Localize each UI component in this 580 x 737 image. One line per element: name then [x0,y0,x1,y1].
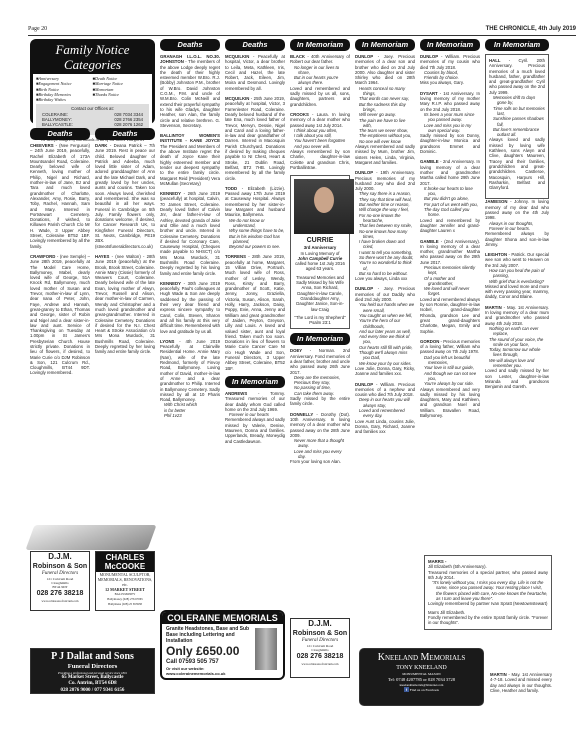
verse-line: We will always love and remember you. [485,358,549,369]
notice-name: DUNLOP [355,170,373,175]
djm2-phone: 028 276 38218 [291,652,349,661]
notice: GAMBLE - 2nd Anniversary. In loving memo… [420,159,480,233]
verse-line: You haven't been forgotten [290,138,350,143]
marrs-notice: MARRS - Jill Elizabeth (5th Anniversary)… [424,555,552,630]
notice-closing: Loved and sadly missed by her son Lester… [485,368,549,389]
category-item: Thanks Notice [93,92,150,97]
notice-name: LYONS [160,339,174,344]
notice-text: - Elizabeth (Lizzie). Passed away 17th J… [225,186,285,217]
mccooke-ad: CHARLESMcCOOKE MONUMENTAL SCULPTOR, MEMO… [95,551,155,611]
verse-line: But in his wisdom God has planned, [225,234,285,245]
verse-line: They say there is a reason, [355,191,415,196]
section-header-memoriam: In Memoriam [355,39,415,51]
verse-line: Never more that a thought away. [290,438,350,449]
verse-line: Sunshine passes shadows fall, [489,116,545,127]
notice-name: MARTIN [485,305,502,310]
marrs-l3: Lovingly remembered by partner Ivan Spra… [428,601,548,606]
verse-line: You're the hero of our childhoods, [355,318,415,329]
verse-line: How can you heal the pain of passing, [485,268,549,279]
notice-name: CHEEVERS [30,143,54,148]
verse-line: Beyond our powers to see. [225,244,285,249]
notice-name: MCQUILKIN [225,54,249,59]
verse-line: Phil 1v23 [160,413,220,418]
verse-line: I have broken down and cried, [355,239,415,250]
verse-line: No-one knows how many times, [355,229,415,240]
notice-text: - 28th June 2019, peacefully at home, Ma… [225,254,285,370]
coleraine-memorials-ad: COLERAINE MEMORIALS Granite Headstones, … [160,610,285,680]
djm-phone: 028 276 38218 [31,589,89,598]
notice-name: DUNLOP [420,54,438,59]
section-header-deaths: Deaths [95,128,155,140]
notice-closing: Remembered always by daughter Shona and … [485,231,549,247]
notice: MCQUILKIN - 25th June 2019, peacefully a… [225,96,285,181]
memoriam-column-8: In MemoriamHALL - Cyril. 20th Anniversar… [485,39,549,395]
verse-line: Love and miss you every day. [290,449,350,460]
notice-closing: Loved and remembered by daughter Jennife… [420,218,480,234]
marrs-l5: Fondly remembered by the entire Spratt f… [428,615,548,626]
notice: KENNEDY - 30th June 2019 peacefully. Pau… [160,281,220,334]
verse-line: Precious memories silently kept, [420,265,480,276]
djm-robinson-ad-2: D.J.M. Robinson & Son Funeral Directors … [290,618,350,678]
page-header: Page 20 THE CHRONICLE, 4th July 2019 [28,26,576,36]
notice-closing: Remembered always and sadly missed by Va… [225,417,285,443]
notice: DARK - Deana Patrick – 7th June 2019. Re… [95,143,155,249]
notice-closing: Miss you always, Gary. [420,80,480,85]
mccooke-l2: McCOOKE [97,562,153,571]
notice: TORRENS - 28th June 2019, peacefully at … [225,254,285,371]
notice-name: DUNLOP [355,54,373,59]
section-header-memoriam: In Memoriam [225,376,285,388]
marrs-verse: "It's lonely without you, I miss you eve… [428,580,548,601]
verse-line: For no-one knows the heartache, [355,213,415,224]
notice-text: - (Nee Ferguson) – 24th June 2019, peace… [30,143,90,249]
notice: JAMIESON - Johnny. In loving memory of m… [485,199,549,247]
verse-line: Dad you left us beautiful memories, [420,355,480,366]
categories-title: Family Notice Categories [33,42,152,72]
verse-line: The sound of your voice, the smile on yo… [485,337,549,348]
verse-line: Of a mother and grandmother, [420,276,480,287]
verse-line: You're so wonderful to think of, [355,260,415,271]
notice-name: GORDON [420,339,439,344]
verse-line: Time rolls on but memories last, [489,106,545,117]
verse-line: Nothing on earth can ever replace, [485,326,549,337]
notice-name: DUNLOP [355,286,373,291]
verse-line: That words can never say, [355,96,415,101]
categories-list: AnniversaryDeath NoticeEngagement Notice… [36,76,149,102]
notice-name: JAMIESON [485,199,507,204]
verse-line: Memories drift to days gone by, [489,95,545,106]
memoriam-column-7: In MemoriamDUNLOP - William. Precious me… [420,39,480,423]
facebook-icon: f [404,687,409,692]
notice-name: HAYES [95,254,109,259]
notice-closing: Love Aunt Linda, cousins Julie, Donna, G… [355,419,415,435]
currie-photo-notice: CURRIE 3rd Anniversary In Loving Memory … [290,175,350,329]
deaths-column-4: DeathsMCQUILKIN - Peacefully at hospital… [225,39,285,449]
notice-closing: Sadly missed by the entire family circle… [290,396,350,407]
notice-name: LEIGHTON [485,252,507,257]
notice-name: CRAWFORD [30,254,55,259]
notice: DUNLOP - William. Precious memories of m… [420,54,480,86]
verse-line: We do not know or understand, [225,218,285,229]
verse-line: Loved and remembered every day. [355,408,415,419]
verse-line: Love and miss you in my own special way. [420,123,480,134]
kneeland-l2: TONY KNEELAND [360,664,483,672]
notice-name: ANDREWS [225,391,247,396]
dallat-l6: 028 2076 9000 / 077 9341 6156 [31,687,154,694]
currie-l4: Treasured Memories and Sadly Missed by h… [294,275,346,312]
notice: MARTIN - May. 1st Anniversary. In loving… [485,305,549,390]
notice-closing: Always remembered and sadly missed by Mu… [355,144,415,165]
notice: CROOKS - Laura. In loving memory of a de… [290,112,350,170]
verse-line: That lies between my smile, [355,223,415,228]
notice-name: GAMBLE [420,239,439,244]
notice-closing: From your loving son Alan. [290,459,350,464]
bible-illustration [25,525,156,550]
notice-name: CROOKS [290,112,309,117]
notice-name: DARK [95,143,107,148]
notice-text: - Joey. Precious memories of a dear son … [355,54,415,85]
verse-line: We loved and will never forget. [420,286,480,297]
notice: HAYES - (nee Walton) - 28th June 2019 (p… [95,254,155,355]
dallat-l2: Funeral Directors [31,663,154,671]
notice-name: BALLINTOY WOMEN'S INSTITUTE - KANE JOYCE [160,133,220,143]
notice-name: DYSART [420,91,438,96]
notice-closing: Always loved and sadly missed by loving … [489,137,545,190]
notice: DUNLOP - William. Precious memories of a… [355,382,415,435]
currie-name: CURRIE [294,237,346,245]
facebook-link: f Find us on Facebook [360,687,483,693]
verse-line: And every time we think of you, [355,334,415,345]
notice: MCQUILKIN - Peacefully at hospital, Vict… [225,54,285,91]
notice-name: MCQUILKIN [225,96,249,101]
verse-line: Hearts conceal so many things, [355,86,415,97]
notice-text: - 25th June 2019, peacefully at hospital… [225,96,285,180]
category-item: Birthday Wishes [36,97,93,102]
notice-text: The President and Members of the above I… [160,144,220,186]
verse-line: The day God called you home. [420,207,480,218]
djm2-l1: D.J.M. [291,619,349,629]
notice: TODD - Elizabeth (Lizzie). Passed away 1… [225,186,285,250]
deaths-column-3: DeathsGRANAGH I.L.O.L. NO.30. JOHNSTON -… [160,39,220,423]
verse-line: You're always by our side. [420,381,480,386]
notice: DONNELLY - Dorothy (Dot). 10th Anniversa… [290,412,350,465]
section-header-memoriam: In Memoriam [290,39,350,51]
verse-line: Today, tomorrow our whole lives through, [485,347,549,358]
notice: ANDREWS - Tommy. Treasured memories of o… [225,391,285,444]
notice: LYONS - 4th June 2019 Peacefully at Clai… [160,339,220,418]
notice-text: - 30th June 2019 peacefully. Paul's coll… [160,281,220,334]
notice-name: TORRENS [225,254,246,259]
section-header-memoriam: In Memoriam [290,333,350,345]
notice: DUNLOP - 19th Anniversary. Precious memo… [355,170,415,281]
verse-line: The emptiness without you, [355,133,415,138]
notice-closing: Love Julie, Donna, Gary, Ricky, Joanne a… [355,366,415,377]
notice-name: BLACK [290,54,305,59]
verse-line: No longer in our lives to share, [290,65,350,76]
notice: GRANAGH I.L.O.L. NO.30. JOHNSTON - The m… [160,54,220,128]
notice: GAMBLE - (2nd Anniversary). In loving me… [420,239,480,334]
notice-text: - (nee Walton) - 28th June 2019 (peacefu… [95,254,155,354]
verse-line: But in our hearts you're always there. [290,75,350,86]
notice-name: KENNEDY [160,191,181,196]
verse-line: But the sadness this day brings, [355,102,415,113]
verse-line: Will change the way I feel, [355,207,415,212]
martin2-name: MARTIN [490,672,507,677]
deaths-column-2: DeathsDARK - Deana Patrick – 7th June 20… [95,128,155,360]
notice-text: - 4th June 2019 Peacefully at Clainville… [160,339,220,402]
pj-dallat-ad: P J Dallat and Sons Funeral Directors Pr… [30,648,155,694]
verse-line: The pain we have to live with, [355,118,415,129]
memoriam-column-6: In MemoriamDUNLOP - Joey. Precious memor… [355,39,415,439]
notice: KENNEDY - 26th June 2019 (peacefully) at… [160,191,220,276]
verse-line: It broke our hearts to lose you, [420,186,480,197]
section-header-deaths: Deaths [160,39,220,51]
marrs-l2: Treasured memories of a special partner,… [428,570,548,581]
page-number: Page 20 [28,26,47,32]
notice-closing: Always remembered by son Charlie, daught… [290,149,350,170]
djm-l2: Robinson & Son [31,562,89,571]
deaths-column-1: DeathsCHEEVERS - (Nee Ferguson) – 24th J… [30,128,90,381]
currie-l5: "The Lord is my Shepherd" Psalm 23:1 [294,315,346,326]
notice: HALL - Cyril. 20th Anniversary. Precious… [489,58,545,190]
notice: BLACK - 40th Anniversary of Robert our d… [290,54,350,107]
notice-text: - Cyril. 20th Anniversary. Precious memo… [489,58,545,95]
notice-name: DONNELLY [290,412,313,417]
martin-notice-2: MARTIN - May. 1st Anniversary 4-7-18. Lo… [490,672,552,693]
publication-title: THE CHRONICLE, 4th July 2019 [486,26,576,32]
memoriam-column-5: In MemoriamBLACK - 40th Anniversary of R… [290,39,350,470]
section-header-deaths: Deaths [30,128,90,140]
notice-name: TODD [225,186,237,191]
verse-line: Deep in our hearts you will always stay, [355,397,415,408]
djm-robinson-ad-1: D.J.M. Robinson & Son Funeral Directors … [30,551,90,611]
notice: BALLINTOY WOMEN'S INSTITUTE - KANE JOYCE… [160,133,220,186]
mccooke-l7: Ballymena (028) 25 653938 [96,602,154,607]
mccooke-title: CHARLESMcCOOKE [96,552,154,572]
kneeland-l6: Find us on Facebook [410,688,439,692]
family-notice-categories-box: Family Notice Categories AnniversaryDeat… [30,39,155,124]
notice-text: - (nee Semple) – June 28th 2019, peacefu… [30,254,90,376]
djm-web: www.robinsonsofculcrum.com [31,598,89,604]
notice-closing: Sadly missed by son Donny, daughter-in-l… [420,133,480,154]
notice: DUNLOP - Joey. Precious memories of a de… [355,54,415,165]
verse-line: Your love is still our guide, [420,365,480,370]
notice-closing: Missed and loved more and more with ever… [485,284,549,300]
notice-name: HALL [489,58,500,63]
notice-closing: Always remembered and very sadly missed … [420,387,480,419]
verse-line: Though we'll always miss you Dad, [355,350,415,361]
currie-l3: called home 1st July 2016 aged 63 years. [294,261,346,272]
notice: CRAWFORD - (nee Semple) – June 28th 2019… [30,254,90,376]
section-header-memoriam: In Memoriam [485,39,549,51]
verse-line: Why some things have to be, [225,228,285,233]
verse-line: And though we can not see you, [420,371,480,382]
notice-name: GAMBLE [420,159,439,164]
djm2-l2: Robinson & Son [291,629,349,638]
notice-text: - Peacefully at hospital, Victor, a dear… [225,54,285,91]
notice: DYSART - 1st Anniversary. In loving memo… [420,91,480,155]
verse-line: Its been a year mum since you passed awa… [420,112,480,123]
coleraine-web: www.colerainememorials.co.uk [162,671,283,676]
dallat-l1: P J Dallat and Sons [31,651,154,663]
notice-closing: Loved and remembered always by son Ronni… [420,297,480,334]
notice-name: DOEY [290,348,302,353]
notice: LEIGHTON - Patrick. Our special wee son … [485,252,549,300]
notice-text: - 26th June 2019 (peacefully) at hospita… [160,191,220,275]
notice-name: DUNLOP [355,382,373,387]
notice-name: KENNEDY [160,281,181,286]
portrait-photo [294,179,354,234]
mccooke-l1: CHARLES [97,553,153,562]
coleraine-l2: Granite Headstones, Base and Sub Base in… [162,624,257,644]
section-header-memoriam: In Memoriam [420,39,480,51]
notice: CHEEVERS - (Nee Ferguson) – 24th June 20… [30,143,90,249]
notice-text: - The members of the above Lodge deeply … [160,59,220,128]
mccooke-l3: MONUMENTAL SCULPTOR, MEMORIALS, RENOVATI… [96,572,154,587]
djm2-web: www.robinsonsofculcrum.com [291,661,349,667]
djm-l1: D.J.M. [31,552,89,562]
notice-text: - Deana Patrick – 7th June 2019. Rest in… [95,143,155,249]
headstone-image [255,628,277,670]
verse-line: But love's remembrance outlast all. [489,127,545,138]
verse-line: You held our hands when we were small, [355,302,415,313]
coleraine-l1: COLERAINE MEMORIALS [162,612,283,624]
notice-closing: Love you always, Linda xxx [355,276,415,281]
notice: DOEY - Norman. 2nd Anniversary. Fond mem… [290,348,350,406]
notice: DUNLOP - Joey. Precious memories of our … [355,286,415,376]
kneeland-memorials-ad: Kneeland Memorials TONY KNEELAND MONUMEN… [359,648,484,706]
notice-closing: Loved and remembered and sadly missed by… [290,86,350,107]
section-header-deaths: Deaths [225,39,285,51]
notice: GORDON - Precious memories of a loving f… [420,339,480,418]
kneeland-l1: Kneeland Memorials [360,652,483,664]
